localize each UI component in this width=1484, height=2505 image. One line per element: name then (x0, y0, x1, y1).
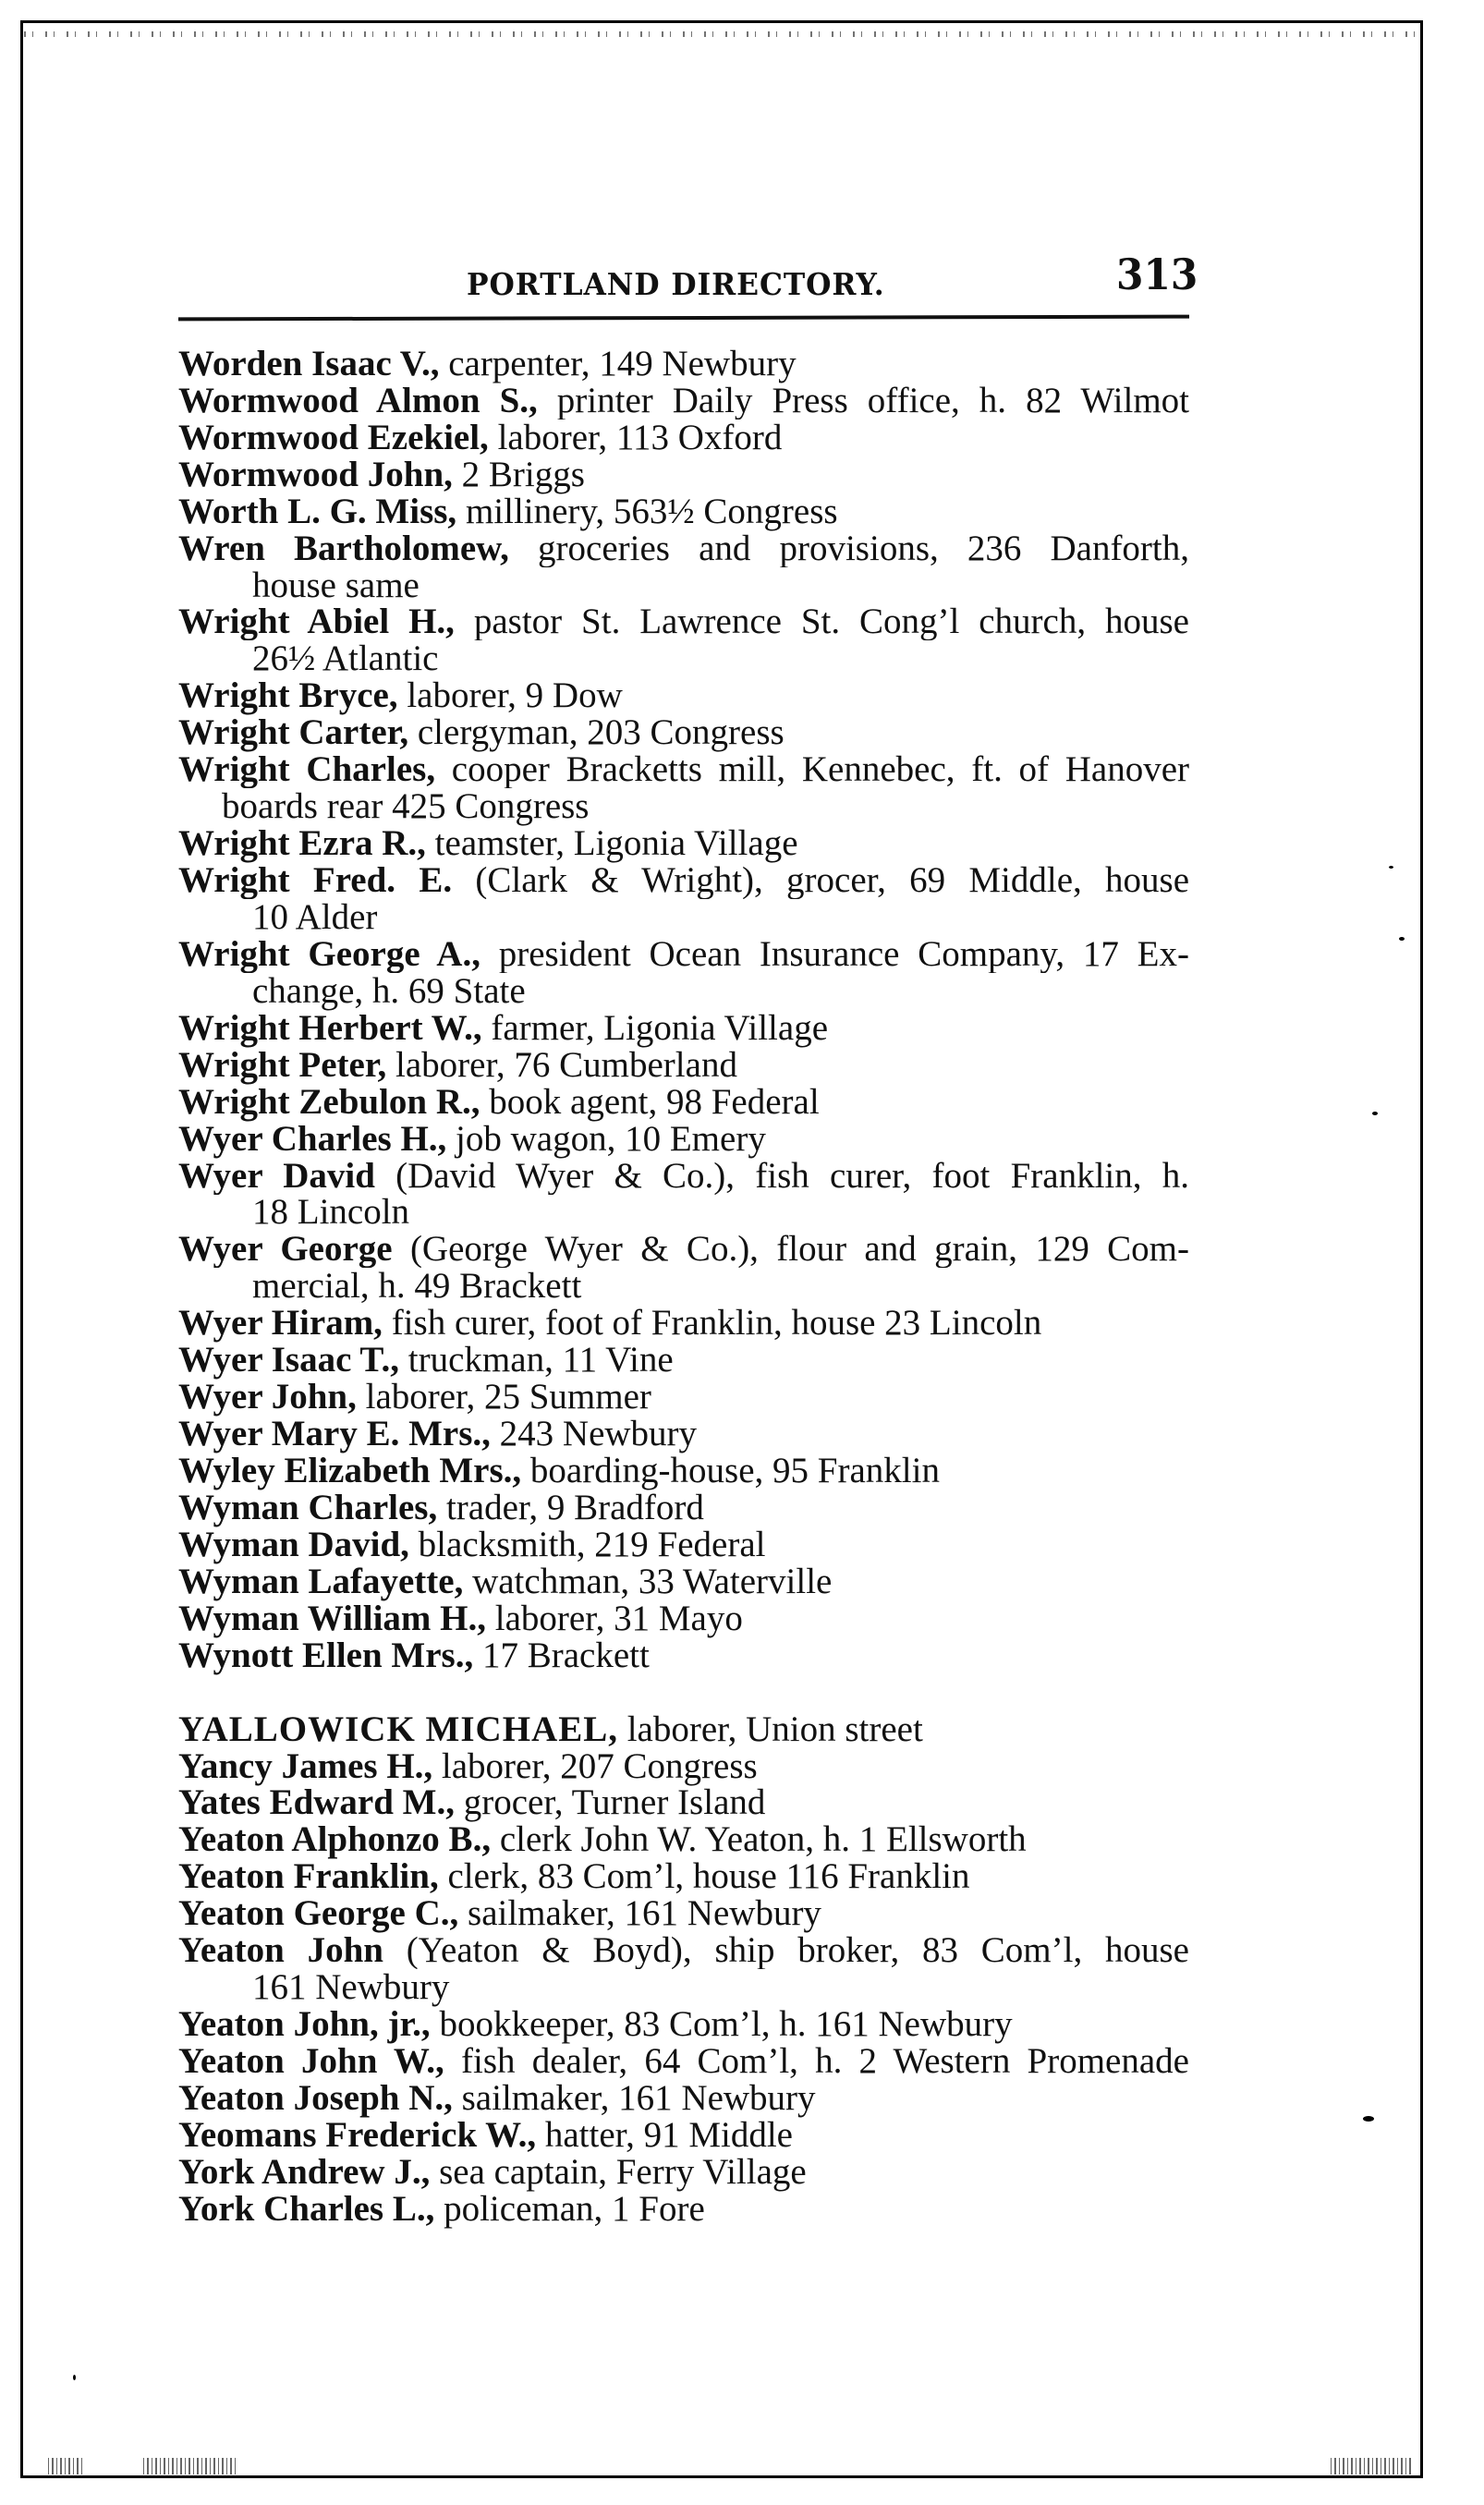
directory-entry: Worth L. G. Miss, millinery, 563½ Congre… (178, 493, 1189, 530)
entry-name: Wormwood Ezekiel, (178, 418, 489, 457)
entry-name: Wormwood John, (178, 455, 453, 494)
entry-details: laborer, 207 Congress (432, 1746, 758, 1786)
entry-details: pastor St. Lawrence St. Cong’l church, h… (455, 603, 1189, 640)
entry-name: Wyer David (178, 1158, 375, 1195)
entry-details: (Yeaton & Boyd), ship broker, 83 Com’l, … (383, 1932, 1189, 1969)
entry-details: sailmaker, 161 Newbury (453, 2078, 816, 2118)
entry-name: Wyer George (178, 1231, 393, 1268)
entry-details: job wagon, 10 Emery (446, 1119, 766, 1159)
directory-entry: Wyman William H., laborer, 31 Mayo (178, 1600, 1189, 1637)
entry-details: watchman, 33 Waterville (463, 1562, 832, 1601)
entry-details: sailmaker, 161 Newbury (458, 1893, 821, 1933)
running-head: PORTLAND DIRECTORY. (467, 266, 870, 302)
directory-entry: Wright George A., president Ocean Insura… (178, 936, 1189, 973)
entry-details: groceries and provisions, 236 Danforth, (509, 530, 1189, 567)
entry-name: Wren Bartholomew, (178, 530, 509, 567)
directory-entry: Worden Isaac V., carpenter, 149 Newbury (178, 346, 1189, 383)
entry-name: Yeomans Frederick W., (178, 2115, 536, 2155)
directory-entry: Yeaton John, jr., bookkeeper, 83 Com’l, … (178, 2006, 1189, 2043)
entry-name: Wright Ezra R., (178, 823, 426, 863)
scan-artifact-top (24, 31, 1417, 37)
directory-entry: Yeaton George C., sailmaker, 161 Newbury (178, 1895, 1189, 1932)
entry-details: blacksmith, 219 Federal (409, 1525, 766, 1564)
entry-continuation: house same (252, 567, 420, 604)
entry-name: Worden Isaac V., (178, 344, 439, 383)
scan-speck (1389, 866, 1393, 869)
entry-name: Yeaton George C., (178, 1893, 458, 1933)
entry-details: trader, 9 Bradford (437, 1488, 704, 1527)
directory-entry: Wyman Lafayette, watchman, 33 Waterville (178, 1563, 1189, 1600)
directory-entry: York Charles L., policeman, 1 Fore (178, 2191, 1189, 2228)
entry-name: Wyman Lafayette, (178, 1562, 463, 1601)
entry-name: Yeaton John W., (178, 2043, 444, 2080)
directory-entry: Wyer Charles H., job wagon, 10 Emery (178, 1121, 1189, 1158)
scan-speck (1363, 2116, 1374, 2122)
entry-name: Wright Zebulon R., (178, 1082, 480, 1122)
directory-entry: Wren Bartholomew, groceries and provisio… (178, 530, 1189, 567)
entry-details: 17 Brackett (473, 1636, 650, 1675)
entry-details: book agent, 98 Federal (480, 1082, 820, 1122)
entry-details: policeman, 1 Fore (434, 2189, 704, 2229)
entry-details: laborer, 31 Mayo (486, 1599, 743, 1638)
directory-entry: Wormwood Almon S., printer Daily Press o… (178, 383, 1189, 420)
entry-name: Wyer John, (178, 1377, 357, 1417)
entry-continuation: 26½ Atlantic (252, 640, 438, 677)
directory-entry: Wyman David, blacksmith, 219 Federal (178, 1526, 1189, 1563)
entry-continuation: mercial, h. 49 Brackett (252, 1268, 581, 1305)
directory-entry: Yates Edward M., grocer, Turner Island (178, 1784, 1189, 1821)
entry-details: (Clark & Wright), grocer, 69 Middle, hou… (452, 862, 1189, 899)
entry-name: Yeaton Joseph N., (178, 2078, 453, 2118)
entry-name: Wyer Isaac T., (178, 1340, 399, 1380)
directory-entry: Wyley Elizabeth Mrs., boarding-house, 95… (178, 1453, 1189, 1490)
entry-name: York Charles L., (178, 2189, 434, 2229)
entry-name: Wynott Ellen Mrs., (178, 1636, 473, 1675)
directory-entry: Wright Zebulon R., book agent, 98 Federa… (178, 1084, 1189, 1121)
directory-entry: Wright Charles, cooper Bracketts mill, K… (178, 751, 1189, 788)
entry-details: truckman, 11 Vine (399, 1340, 674, 1380)
directory-entry: Wyer John, laborer, 25 Summer (178, 1379, 1189, 1416)
directory-entry: Wyer Mary E. Mrs., 243 Newbury (178, 1416, 1189, 1453)
entry-name: Yeaton Franklin, (178, 1856, 439, 1896)
entry-name: Wright Bryce, (178, 675, 398, 715)
entry-name: Yeaton John (178, 1932, 383, 1969)
entry-details: clerk John W. Yeaton, h. 1 Ellsworth (491, 1819, 1027, 1859)
directory-entry: Wyer Isaac T., truckman, 11 Vine (178, 1342, 1189, 1379)
entry-name: Wormwood Almon S., (178, 383, 538, 420)
scan-speck (1399, 937, 1405, 941)
directory-entry: Wright Bryce, laborer, 9 Dow (178, 677, 1189, 714)
entry-details: (George Wyer & Co.), flour and grain, 12… (393, 1231, 1189, 1268)
entry-name: Yancy James H., (178, 1746, 432, 1786)
directory-entry: Wyman Charles, trader, 9 Bradford (178, 1490, 1189, 1526)
directory-entry: Wright Abiel H., pastor St. Lawrence St.… (178, 603, 1189, 640)
entry-name: Worth L. G. Miss, (178, 492, 456, 531)
entry-name: Wright George A., (178, 936, 480, 973)
entry-name: Yates Edward M., (178, 1782, 455, 1822)
entry-continuation: 161 Newbury (252, 1969, 449, 2006)
entry-details: sea captain, Ferry Village (430, 2152, 806, 2192)
entry-details: (David Wyer & Co.), fish curer, foot Fra… (375, 1158, 1189, 1195)
directory-entry: Wormwood Ezekiel, laborer, 113 Oxford (178, 420, 1189, 456)
entry-details: laborer, 76 Cumberland (386, 1045, 737, 1085)
directory-entry: YALLOWICK MICHAEL, laborer, Union street (178, 1711, 1189, 1748)
entry-details: cooper Bracketts mill, Kennebec, ft. of … (435, 751, 1189, 788)
directory-entry: Wormwood John, 2 Briggs (178, 456, 1189, 493)
directory-entry: Yeaton John W., fish dealer, 64 Com’l, h… (178, 2043, 1189, 2080)
directory-entry: Wright Herbert W., farmer, Ligonia Villa… (178, 1010, 1189, 1047)
entry-details: teamster, Ligonia Village (426, 823, 798, 863)
entry-details: 243 Newbury (491, 1414, 697, 1453)
entry-details: grocer, Turner Island (455, 1782, 765, 1822)
directory-entry: Yeaton Franklin, clerk, 83 Com’l, house … (178, 1858, 1189, 1895)
page-number: 313 (1116, 249, 1198, 299)
entry-name: Wyman William H., (178, 1599, 486, 1638)
entry-details: millinery, 563½ Congress (456, 492, 837, 531)
scan-speck (73, 2375, 76, 2380)
directory-entry: Wyer George (George Wyer & Co.), flour a… (178, 1231, 1189, 1268)
entry-name: Wyley Elizabeth Mrs., (178, 1451, 521, 1490)
entry-continuation: boards rear 425 Congress (222, 788, 589, 825)
scan-artifact-bottom-left (48, 2458, 83, 2475)
entry-name: Wright Carter, (178, 712, 408, 752)
entry-name: Wright Peter, (178, 1045, 386, 1085)
entry-details: clergyman, 203 Congress (408, 712, 785, 752)
entry-name: Wyman Charles, (178, 1488, 437, 1527)
entry-name: Wyer Charles H., (178, 1119, 446, 1159)
entry-details: clerk, 83 Com’l, house 116 Franklin (439, 1856, 970, 1896)
entry-name: YALLOWICK MICHAEL, (178, 1709, 618, 1749)
entry-continuation: 10 Alder (252, 899, 377, 936)
directory-entry: York Andrew J., sea captain, Ferry Villa… (178, 2154, 1189, 2191)
entry-name: Wright Charles, (178, 751, 435, 788)
entry-details: laborer, 9 Dow (398, 675, 623, 715)
directory-entry: Wynott Ellen Mrs., 17 Brackett (178, 1637, 1189, 1674)
entry-name: Wyer Mary E. Mrs., (178, 1414, 491, 1453)
entry-details: carpenter, 149 Newbury (439, 344, 796, 383)
entry-details: fish dealer, 64 Com’l, h. 2 Western Prom… (444, 2043, 1189, 2080)
entry-details: laborer, 113 Oxford (489, 418, 783, 457)
entry-name: Yeaton John, jr., (178, 2004, 431, 2044)
directory-entry: Wright Ezra R., teamster, Ligonia Villag… (178, 825, 1189, 862)
directory-entry: Wyer Hiram, fish curer, foot of Franklin… (178, 1305, 1189, 1342)
directory-entry: Yeomans Frederick W., hatter, 91 Middle (178, 2117, 1189, 2154)
entry-details: laborer, 25 Summer (357, 1377, 651, 1417)
directory-entry: Yancy James H., laborer, 207 Congress (178, 1748, 1189, 1785)
entry-details: hatter, 91 Middle (536, 2115, 793, 2155)
directory-entry: Yeaton John (Yeaton & Boyd), ship broker… (178, 1932, 1189, 1969)
directory-entry: Wright Fred. E. (Clark & Wright), grocer… (178, 862, 1189, 899)
entry-details: boarding-house, 95 Franklin (521, 1451, 940, 1490)
directory-entry: Wyer David (David Wyer & Co.), fish cure… (178, 1158, 1189, 1195)
entry-name: Yeaton Alphonzo B., (178, 1819, 491, 1859)
entry-name: York Andrew J., (178, 2152, 430, 2192)
entry-details: laborer, Union street (618, 1709, 923, 1749)
directory-entry: Wright Peter, laborer, 76 Cumberland (178, 1047, 1189, 1084)
entry-continuation: 18 Lincoln (252, 1194, 409, 1231)
entry-details: farmer, Ligonia Village (482, 1008, 828, 1048)
scan-artifact-bottom-left-2 (143, 2458, 236, 2475)
scan-speck (1372, 1112, 1378, 1115)
entry-details: fish curer, foot of Franklin, house 23 L… (383, 1303, 1041, 1343)
directory-entry: Yeaton Joseph N., sailmaker, 161 Newbury (178, 2080, 1189, 2117)
entry-name: Wyer Hiram, (178, 1303, 383, 1343)
scan-artifact-bottom-right (1331, 2458, 1414, 2475)
entry-name: Wright Herbert W., (178, 1008, 482, 1048)
entry-continuation: change, h. 69 State (252, 973, 526, 1010)
entry-name: Wright Fred. E. (178, 862, 452, 899)
directory-entry: Yeaton Alphonzo B., clerk John W. Yeaton… (178, 1821, 1189, 1858)
entry-name: Wright Abiel H., (178, 603, 455, 640)
directory-entry: Wright Carter, clergyman, 203 Congress (178, 714, 1189, 751)
entry-details: bookkeeper, 83 Com’l, h. 161 Newbury (431, 2004, 1013, 2044)
entry-details: president Ocean Insurance Company, 17 Ex… (480, 936, 1189, 973)
entry-details: 2 Briggs (453, 455, 585, 494)
entry-name: Wyman David, (178, 1525, 409, 1564)
entry-details: printer Daily Press office, h. 82 Wilmot (538, 383, 1189, 420)
